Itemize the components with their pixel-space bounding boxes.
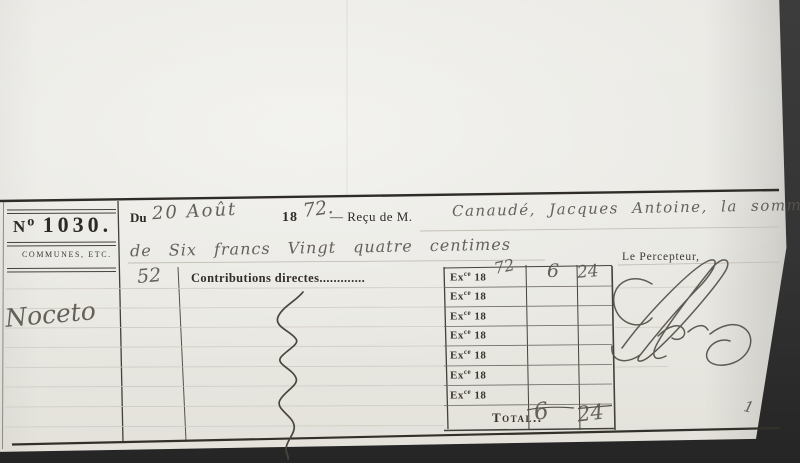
recu-de-m-label: — Reçu de M. — [330, 209, 413, 225]
exercise-row-label: Exce 18 — [450, 368, 486, 382]
date-handwritten: 20 Août — [152, 199, 238, 224]
scanned-receipt-page: { "colors": { "paper": "#e9e8e2", "scann… — [0, 0, 800, 463]
article-number-handwritten: 52 — [136, 264, 162, 288]
exercise-row-label: Exce 18 — [450, 388, 486, 402]
article-column-divider — [178, 267, 186, 441]
left-border-rule — [3, 202, 4, 449]
receipt-number-value: 1030. — [43, 212, 113, 237]
percepteur-signature-icon — [612, 260, 751, 365]
receipt-number: No 1030. — [13, 212, 112, 238]
exercise-row-label: Exce 18 — [450, 309, 486, 323]
form-linework — [0, 0, 800, 463]
exercise-row-label: Exce 18 — [450, 328, 486, 342]
communes-label: COMMUNES, ETC. — [22, 250, 112, 259]
exercise-row-label: Exce 18 — [450, 270, 486, 284]
form-bottom-border — [12, 428, 780, 445]
row1-centimes-handwritten: 24 — [576, 261, 599, 283]
void-squiggle — [277, 292, 303, 459]
receipt-number-sup: o — [27, 213, 36, 229]
row1-francs-handwritten: 6 — [547, 260, 559, 282]
exercise-row-label: Exce 18 — [450, 348, 486, 362]
contributions-directes-label: Contributions directes............. — [191, 271, 365, 286]
receipt-number-label: N — [13, 217, 27, 236]
total-centimes-handwritten: 24 — [576, 399, 605, 426]
du-label: Du — [130, 210, 147, 226]
year-printed: 18 — [282, 210, 298, 226]
percepteur-label: Le Percepteur, — [622, 251, 700, 263]
exercise-row-label: Exce 18 — [450, 289, 486, 303]
